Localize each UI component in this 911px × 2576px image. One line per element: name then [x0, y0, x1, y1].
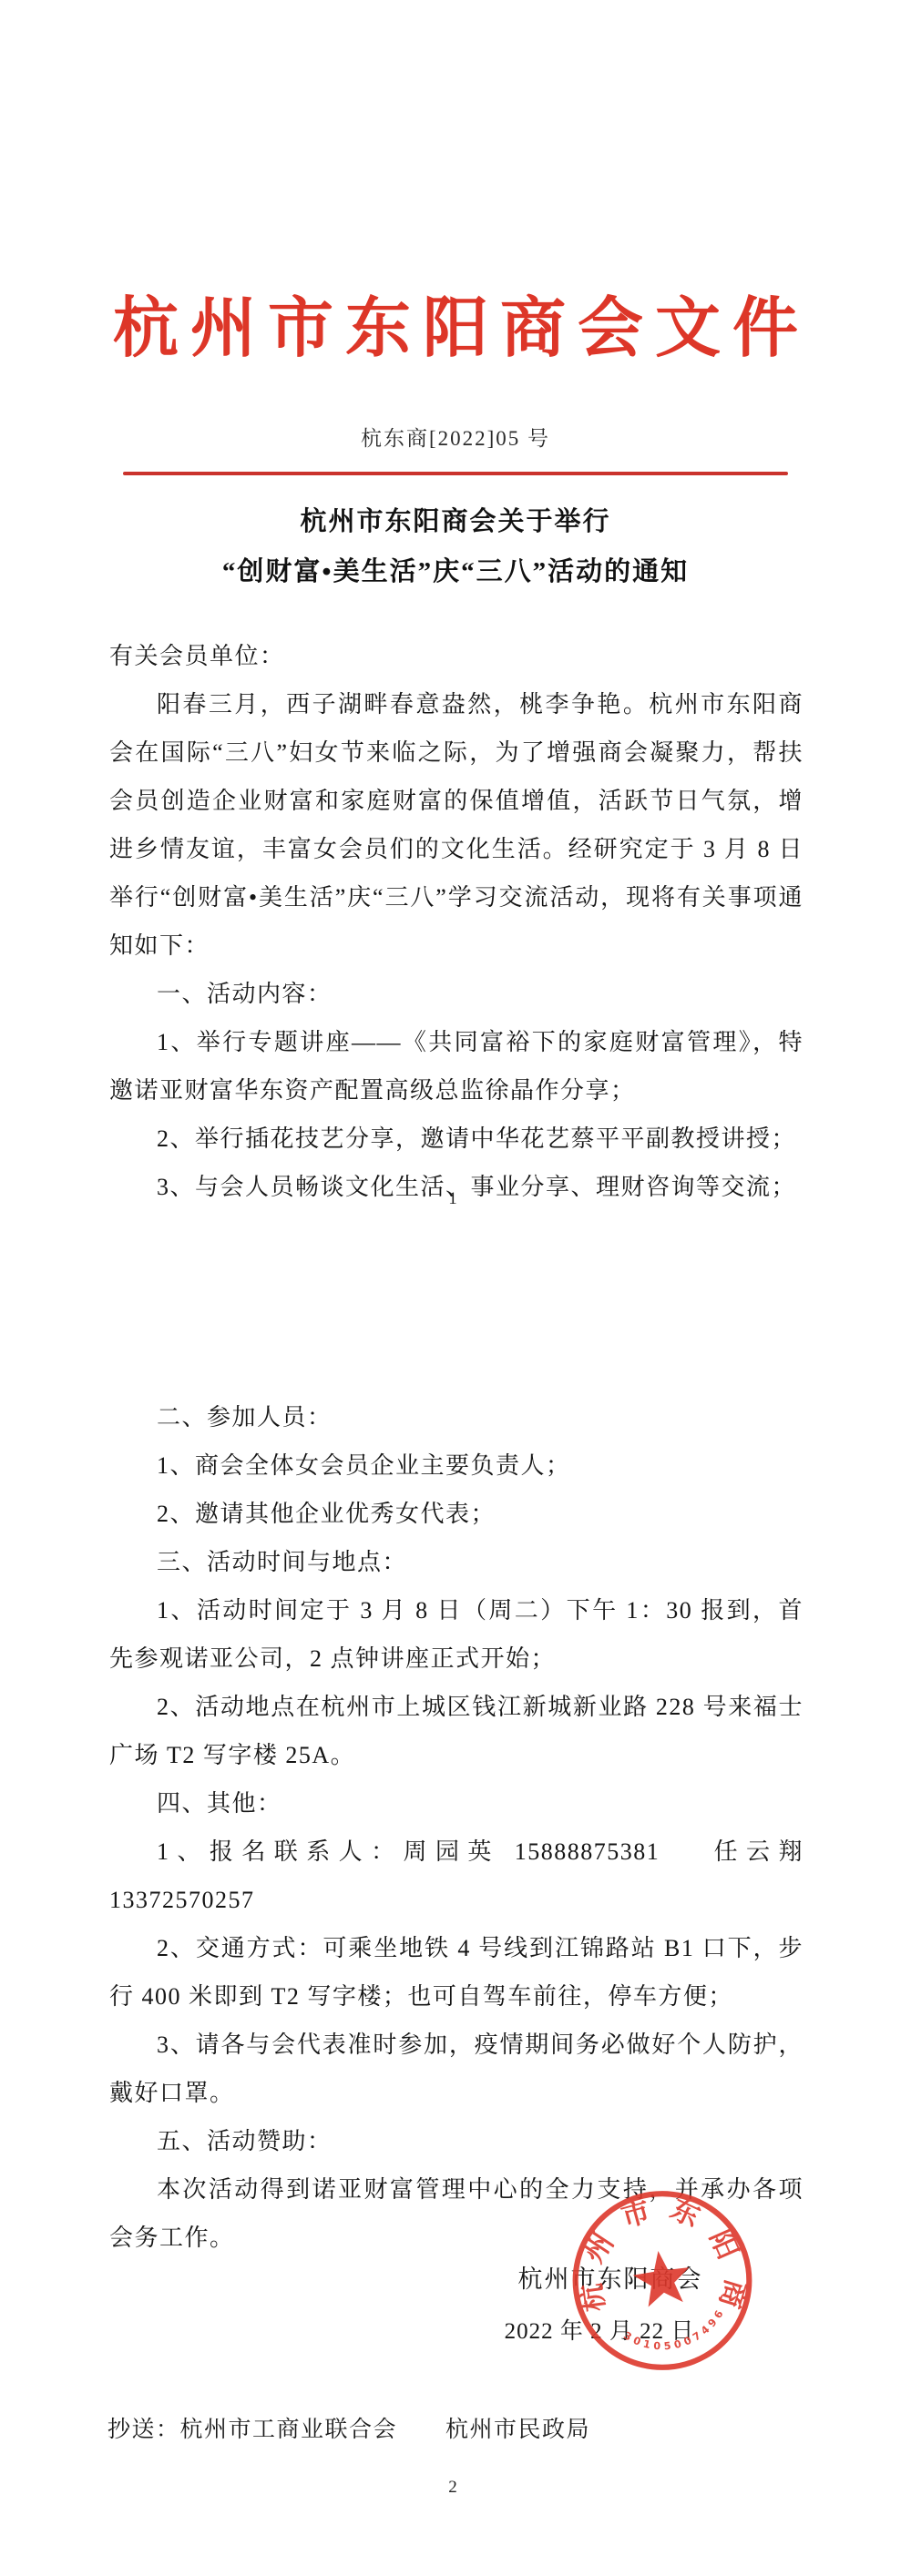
section-heading: 三、活动时间与地点： [109, 1538, 804, 1586]
page-number-1: 1 [435, 1189, 471, 1209]
document-title: 杭州市东阳商会关于举行 “创财富•美生活”庆“三八”活动的通知 [0, 497, 911, 597]
body-paragraph: 阳春三月，西子湖畔春意盎然，桃李争艳。杭州市东阳商会在国际“三八”妇女节来临之际… [109, 680, 804, 970]
body-paragraph: 2、活动地点在杭州市上城区钱江新城新业路 228 号来福士广场 T2 写字楼 2… [109, 1683, 804, 1779]
official-seal-graphic: 杭州市东阳商会 301050074960 [555, 2174, 770, 2386]
body-paragraph: 1、报名联系人：周园英 15888875381 任云翔 13372570257 [109, 1828, 804, 1924]
body-paragraph: 1、商会全体女会员企业主要负责人； [109, 1441, 804, 1490]
document-title-line2: “创财富•美生活”庆“三八”活动的通知 [0, 547, 911, 597]
body-paragraph: 2、交通方式：可乘坐地铁 4 号线到江锦路站 B1 口下，步行 400 米即到 … [109, 1924, 804, 2021]
page2-body: 二、参加人员： 1、商会全体女会员企业主要负责人； 2、邀请其他企业优秀女代表；… [109, 1393, 804, 2262]
body-paragraph: 1、举行专题讲座——《共同富裕下的家庭财富管理》，特邀诺亚财富华东资产配置高级总… [109, 1018, 804, 1115]
section-heading: 四、其他： [109, 1779, 804, 1828]
salutation: 有关会员单位： [109, 632, 804, 680]
letterhead-title: 杭州市东阳商会文件 [0, 275, 911, 370]
official-seal: 杭州市东阳商会 301050074960 [555, 2174, 770, 2386]
red-separator-rule [123, 472, 788, 475]
cc-recipients: 抄送：杭州市工商业联合会 杭州市民政局 [107, 2411, 836, 2444]
body-paragraph: 2、举行插花技艺分享，邀请中华花艺蔡平平副教授讲授； [109, 1115, 804, 1163]
page-number-2: 2 [435, 2478, 471, 2498]
section-heading: 二、参加人员： [109, 1393, 804, 1441]
body-paragraph: 2、邀请其他企业优秀女代表； [109, 1490, 804, 1538]
document-title-line1: 杭州市东阳商会关于举行 [0, 497, 911, 547]
page1-body: 有关会员单位： 阳春三月，西子湖畔春意盎然，桃李争艳。杭州市东阳商会在国际“三八… [109, 632, 804, 1211]
seal-star-icon [630, 2247, 694, 2308]
body-paragraph: 3、请各与会代表准时参加，疫情期间务必做好个人防护，戴好口罩。 [109, 2021, 804, 2117]
document-number: 杭东商[2022]05 号 [0, 422, 911, 452]
section-heading: 五、活动赞助： [109, 2117, 804, 2165]
body-paragraph: 1、活动时间定于 3 月 8 日（周二）下午 1：30 报到，首先参观诺亚公司，… [109, 1586, 804, 1683]
section-heading: 一、活动内容： [109, 970, 804, 1018]
